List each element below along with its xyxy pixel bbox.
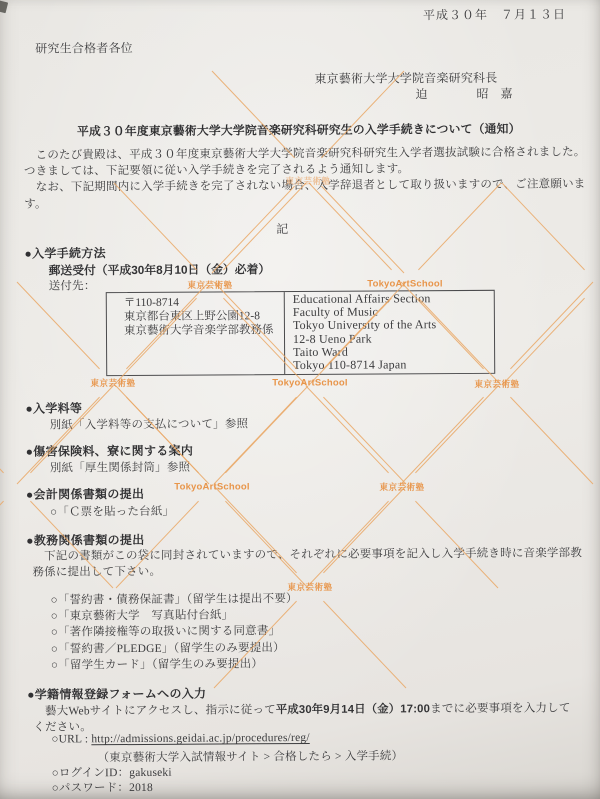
address-japanese: 〒110-8714 東京都台東区上野公園12-8 東京藝術大学音楽学部教務係 <box>107 292 285 375</box>
address-jp-line: 東京藝術大学音楽学部教務係 <box>124 323 284 338</box>
sender-name: 迫 昭 嘉 <box>415 85 512 103</box>
list-item: ○「留学生カード」（留学生のみ要提出） <box>51 656 298 674</box>
address-english: Educational Affairs Section Faculty of M… <box>285 291 494 374</box>
registration-intro-prefix: 藝大Webサイトにアクセスし、指示に従って <box>33 704 276 717</box>
registration-url-link[interactable]: http://admissions.geidai.ac.jp/procedure… <box>91 732 309 745</box>
section-heading-procedure: ●入学手続方法 <box>24 244 105 261</box>
section-heading-academic: ●教務関係書類の提出 <box>26 531 144 549</box>
section-heading-accounting: ●会計関係書類の提出 <box>26 485 144 503</box>
addressee: 研究生合格者各位 <box>35 39 133 57</box>
sender-surname: 迫 <box>415 85 427 102</box>
letter-date: 平成３０年 ７月１３日 <box>423 5 566 23</box>
url-line: ○URL : http://admissions.geidai.ac.jp/pr… <box>51 732 309 746</box>
academic-document-list: ○「誓約書・債務保証書」（留学生は提出不要） ○「東京藝術大学 写真貼付台紙」 … <box>51 591 299 674</box>
academic-intro-line: 務係に提出して下さい。 <box>32 561 582 581</box>
letter-body: このたび貴殿は、平成３０年度東京藝術大学大学院音楽研究科研究生入学者選抜試験に合… <box>24 144 586 212</box>
sendto-label: 送付先： <box>49 277 96 293</box>
section-heading-fees: ●入学料等 <box>25 399 82 416</box>
password-line: ○パスワード：2018 <box>52 779 153 796</box>
url-site-path-note: （東京藝術大学入試情報サイト > 合格したら > 入学手続） <box>98 747 404 765</box>
fees-note: 別紙「入学料等の支払について」参照 <box>49 415 248 432</box>
registration-intro-suffix: までに必要事項を入力して <box>430 702 570 715</box>
address-en-line: Tokyo 110-8714 Japan <box>293 358 494 372</box>
registration-deadline: 平成30年9月14日（金）17:00 <box>276 703 430 716</box>
accounting-item: ○「Ｃ票を貼った台紙」 <box>50 503 174 520</box>
list-item: ○「東京藝術大学 写真貼付台紙」 <box>51 607 298 625</box>
mail-deadline-line: 郵送受付（平成30年8月10日（金）必着） <box>49 260 271 278</box>
list-item: ○「誓約書／PLEDGE」（留学生のみ要提出） <box>51 640 298 658</box>
section-heading-registration: ●学籍情報登録フォームへの入力 <box>27 685 206 703</box>
registration-intro-line2: ください。 <box>33 718 92 734</box>
body-line: なお、下記期間内に入学手続きを完了されない場合、入学辞退者として取り扱いますので… <box>24 177 586 197</box>
sender-givenname: 昭 嘉 <box>476 85 512 102</box>
address-en-line: 12-8 Ueno Park <box>293 331 494 345</box>
address-en-line: Tokyo University of the Arts <box>293 318 494 332</box>
url-label: ○URL : <box>51 733 91 745</box>
address-jp-line: 〒110-8714 <box>124 295 284 310</box>
list-item: ○「著作隣接権等の取扱いに関する同意書」 <box>51 623 298 641</box>
academic-intro: 下記の書類がこの袋に同封されていますので、それぞれに必要事項を記入し入学手続き時… <box>32 545 582 581</box>
letter-content: 平成３０年 ７月１３日 研究生合格者各位 東京藝術大学大学院音楽研究科長 迫 昭… <box>0 0 600 799</box>
list-item: ○「誓約書・債務保証書」（留学生は提出不要） <box>51 591 298 609</box>
section-heading-insurance: ●傷害保険料、寮に関する案内 <box>26 442 194 460</box>
address-jp-line: 東京都台東区上野公園12-8 <box>124 309 284 324</box>
mailing-address-box: 〒110-8714 東京都台東区上野公園12-8 東京藝術大学音楽学部教務係 E… <box>106 290 496 376</box>
login-id-line: ○ログインID：gakuseki <box>52 764 172 781</box>
insurance-note: 別紙「厚生関係封筒」参照 <box>50 459 191 476</box>
scanned-letter-page: 平成３０年 ７月１３日 研究生合格者各位 東京藝術大学大学院音楽研究科長 迫 昭… <box>0 0 600 799</box>
registration-intro-line: 藝大Webサイトにアクセスし、指示に従って平成30年9月14日（金）17:00ま… <box>33 699 570 718</box>
record-mark: 記 <box>0 218 582 239</box>
body-line: す。 <box>24 193 586 213</box>
letter-subject-title: 平成３０年度東京藝術大学大学院音楽研究科研究生の入学手続きについて（通知） <box>0 119 599 140</box>
